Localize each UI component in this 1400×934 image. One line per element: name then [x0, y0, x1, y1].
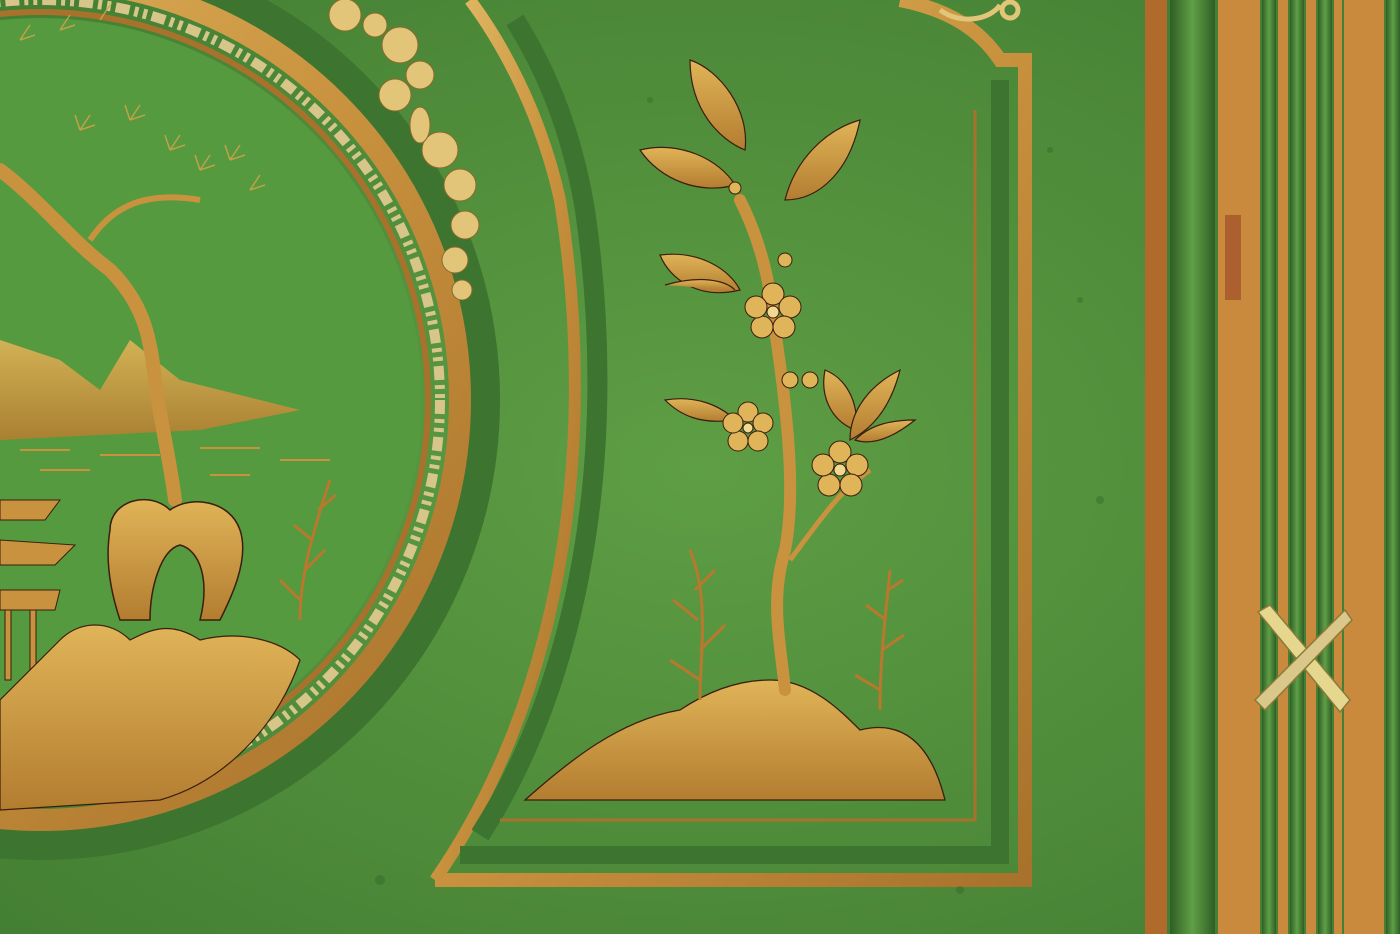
- lacquer-panel-photo: [0, 0, 1400, 934]
- panel-artwork: [0, 0, 1400, 934]
- fluted-pilaster: [1145, 0, 1400, 934]
